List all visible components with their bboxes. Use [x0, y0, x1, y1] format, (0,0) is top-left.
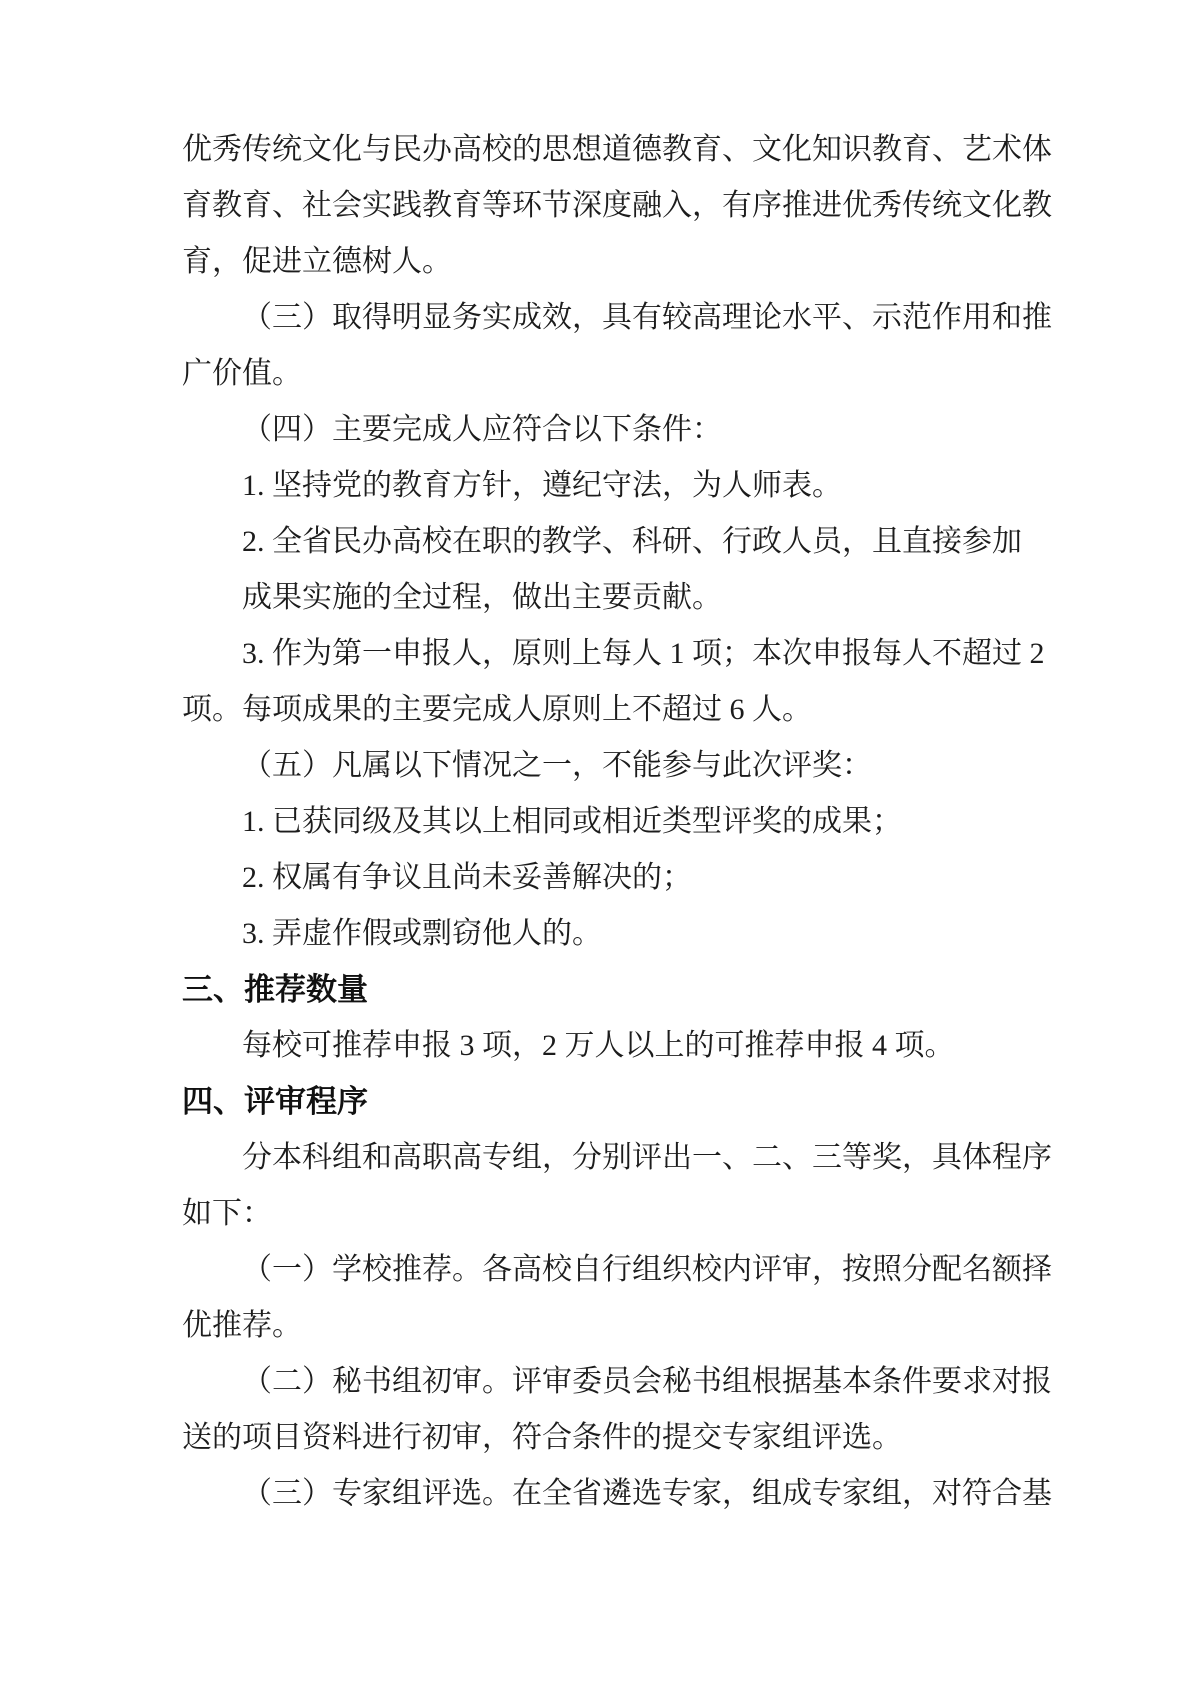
- text-line: 育教育、社会实践教育等环节深度融入，有序推进优秀传统文化教: [182, 187, 1072, 243]
- text-line: 3. 作为第一申报人，原则上每人 1 项；本次申报每人不超过 2: [182, 635, 1072, 691]
- text-line: 项。每项成果的主要完成人原则上不超过 6 人。: [182, 691, 1072, 747]
- text-line: 1. 已获同级及其以上相同或相近类型评奖的成果；: [182, 803, 1072, 859]
- text-line: （四）主要完成人应符合以下条件：: [182, 411, 1072, 467]
- text-line: 分本科组和高职高专组，分别评出一、二、三等奖，具体程序: [182, 1139, 1072, 1195]
- text-line: （二）秘书组初审。评审委员会秘书组根据基本条件要求对报: [182, 1363, 1072, 1419]
- text-line: 2. 权属有争议且尚未妥善解决的；: [182, 859, 1072, 915]
- text-line: （三）专家组评选。在全省遴选专家，组成专家组，对符合基: [182, 1475, 1072, 1531]
- text-line: 优推荐。: [182, 1307, 1072, 1363]
- document-page: 优秀传统文化与民办高校的思想道德教育、文化知识教育、艺术体育教育、社会实践教育等…: [0, 0, 1190, 1684]
- text-line: 优秀传统文化与民办高校的思想道德教育、文化知识教育、艺术体: [182, 131, 1072, 187]
- text-line: 育，促进立德树人。: [182, 243, 1072, 299]
- text-line: 如下：: [182, 1195, 1072, 1251]
- section-heading: 四、评审程序: [182, 1083, 1072, 1139]
- document-text-block: 优秀传统文化与民办高校的思想道德教育、文化知识教育、艺术体育教育、社会实践教育等…: [182, 131, 1072, 1531]
- text-line: （一）学校推荐。各高校自行组织校内评审，按照分配名额择: [182, 1251, 1072, 1307]
- text-line: 成果实施的全过程，做出主要贡献。: [182, 579, 1072, 635]
- text-line: 2. 全省民办高校在职的教学、科研、行政人员，且直接参加: [182, 523, 1072, 579]
- text-line: 广价值。: [182, 355, 1072, 411]
- text-line: 1. 坚持党的教育方针，遵纪守法，为人师表。: [182, 467, 1072, 523]
- text-line: 3. 弄虚作假或剽窃他人的。: [182, 915, 1072, 971]
- section-heading: 三、推荐数量: [182, 971, 1072, 1027]
- text-line: 每校可推荐申报 3 项，2 万人以上的可推荐申报 4 项。: [182, 1027, 1072, 1083]
- text-line: 送的项目资料进行初审，符合条件的提交专家组评选。: [182, 1419, 1072, 1475]
- text-line: （三）取得明显务实成效，具有较高理论水平、示范作用和推: [182, 299, 1072, 355]
- text-line: （五）凡属以下情况之一，不能参与此次评奖：: [182, 747, 1072, 803]
